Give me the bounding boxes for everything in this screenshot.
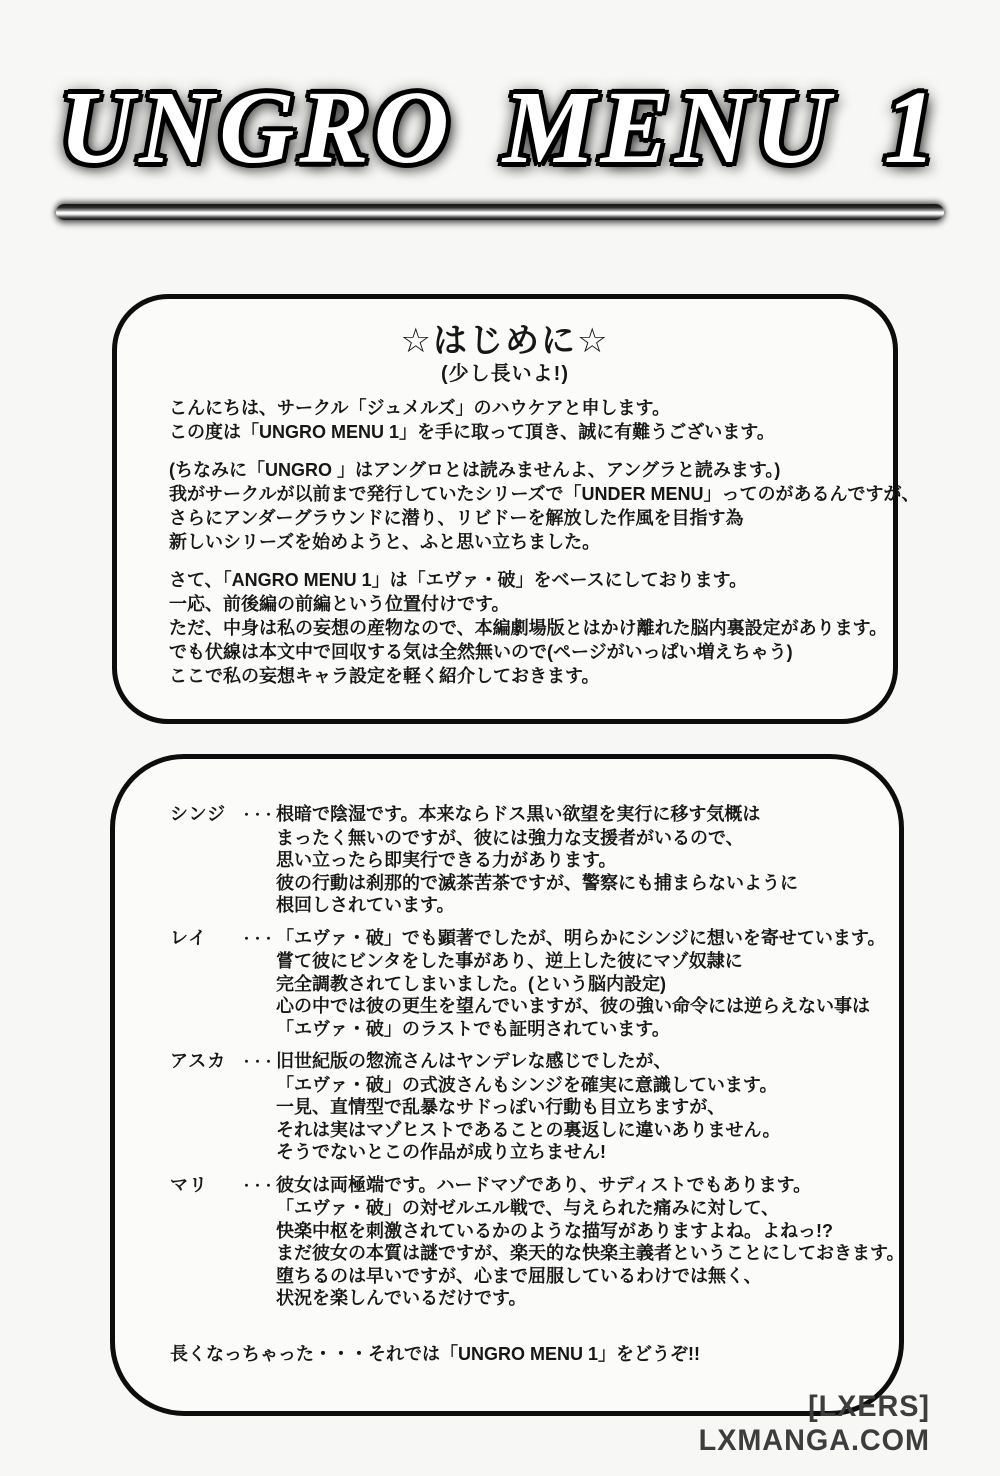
- text-line: 完全調教されてしまいました。(という脳内設定): [240, 973, 885, 996]
- text-line: こんにちは、サークル「ジュメルズ」のハウケアと申します。: [169, 396, 867, 420]
- text-line: 彼の行動は刹那的で滅茶苦茶ですが、警察にも捕まらないように: [240, 872, 875, 895]
- text-line: 根回しされています。: [240, 894, 875, 917]
- intro-paragraphs: こんにちは、サークル「ジュメルズ」のハウケアと申します。この度は「UNGRO M…: [117, 396, 893, 688]
- ellipsis-dots: ・・・: [240, 804, 276, 827]
- text-line: ここで私の妄想キャラ設定を軽く紹介しておきます。: [169, 664, 867, 688]
- text-line: まだ彼女の本質は謎ですが、楽天的な快楽主義者ということにしておきます。: [240, 1242, 905, 1265]
- text-line: 我がサークルが以前まで発行していたシリーズで「UNDER MENU」ってのがある…: [169, 482, 867, 506]
- text-line: ・・・「エヴァ・破」でも顕著でしたが、明らかにシンジに想いを寄せています。: [240, 927, 885, 951]
- character-name: レイ: [170, 927, 240, 1041]
- text-line: 「エヴァ・破」の対ゼルエル戦で、与えられた痛みに対して、: [240, 1197, 905, 1220]
- character-description: ・・・根暗で陰湿です。本来ならドス黒い欲望を実行に移す気概はまったく無いのですが…: [240, 803, 875, 917]
- text-line: ・・・彼女は両極端です。ハードマゾであり、サディストでもあります。: [240, 1174, 905, 1198]
- text-line: 「エヴァ・破」のラストでも証明されています。: [240, 1018, 885, 1041]
- intro-paragraph: こんにちは、サークル「ジュメルズ」のハウケアと申します。この度は「UNGRO M…: [169, 396, 867, 444]
- character-description: ・・・「エヴァ・破」でも顕著でしたが、明らかにシンジに想いを寄せています。嘗て彼…: [240, 927, 885, 1041]
- text-line: 思い立ったら即実行できる力があります。: [240, 849, 875, 872]
- title-block: UNGRO MENU 1: [0, 58, 1000, 220]
- character-name: シンジ: [170, 803, 240, 917]
- ellipsis-dots: ・・・: [240, 1051, 276, 1074]
- text-line: 堕ちるのは早いですが、心まで屈服しているわけでは無く、: [240, 1265, 905, 1288]
- page-title: UNGRO MENU 1: [0, 58, 1000, 198]
- text-line: ・・・根暗で陰湿です。本来ならドス黒い欲望を実行に移す気概は: [240, 803, 875, 827]
- intro-subheading: (少し長いよ!): [117, 362, 893, 386]
- text-line: 「エヴァ・破」の式波さんもシンジを確実に意識しています。: [240, 1074, 875, 1097]
- text-line: 嘗て彼にビンタをした事があり、逆上した彼にマゾ奴隷に: [240, 950, 885, 973]
- character-entry: アスカ・・・旧世紀版の惣流さんはヤンデレな感じでしたが、「エヴァ・破」の式波さん…: [170, 1050, 875, 1164]
- text-line: 快楽中枢を刺激されているかのような描写がありますよね。よねっ!?: [240, 1220, 905, 1243]
- character-description: ・・・彼女は両極端です。ハードマゾであり、サディストでもあります。「エヴァ・破」…: [240, 1174, 905, 1310]
- character-name: マリ: [170, 1174, 240, 1310]
- watermark: [LXERS] LXMANGA.COM: [699, 1390, 930, 1458]
- ellipsis-dots: ・・・: [240, 928, 276, 951]
- text-line: そうでないとこの作品が成り立ちません!: [240, 1141, 875, 1164]
- character-entry: シンジ・・・根暗で陰湿です。本来ならドス黒い欲望を実行に移す気概はまったく無いの…: [170, 803, 875, 917]
- text-line: この度は「UNGRO MENU 1」を手に取って頂き、誠に有難うございます。: [169, 420, 867, 444]
- text-line: ・・・旧世紀版の惣流さんはヤンデレな感じでしたが、: [240, 1050, 875, 1074]
- title-underline-bar: [56, 204, 944, 220]
- text-line: (ちなみに「UNGRO 」はアングロとは読みませんよ、アングラと読みます。): [169, 458, 867, 482]
- ellipsis-dots: ・・・: [240, 1175, 276, 1198]
- watermark-line-2: LXMANGA.COM: [699, 1424, 930, 1458]
- text-line: 心の中では彼の更生を望んでいますが、彼の強い命令には逆らえない事は: [240, 995, 885, 1018]
- text-line: 状況を楽しんでいるだけです。: [240, 1287, 905, 1310]
- intro-box: ☆はじめに☆ (少し長いよ!) こんにちは、サークル「ジュメルズ」のハウケアと申…: [112, 294, 898, 724]
- intro-paragraph: さて、「ANGRO MENU 1」は「エヴァ・破」をベースにしております。一応、…: [169, 568, 867, 688]
- intro-heading: ☆はじめに☆: [117, 323, 893, 359]
- text-line: でも伏線は本文中で回収する気は全然無いので(ページがいっぱい増えちゃう): [169, 640, 867, 664]
- text-line: 一応、前後編の前編という位置付けです。: [169, 592, 867, 616]
- closing-line: 長くなっちゃった・・・それでは「UNGRO MENU 1」をどうぞ!!: [115, 1340, 899, 1366]
- text-line: さて、「ANGRO MENU 1」は「エヴァ・破」をベースにしております。: [169, 568, 867, 592]
- text-line: まったく無いのですが、彼には強力な支援者がいるので、: [240, 827, 875, 850]
- text-line: ただ、中身は私の妄想の産物なので、本編劇場版とはかけ離れた脳内裏設定があります。: [169, 616, 867, 640]
- character-name: アスカ: [170, 1050, 240, 1164]
- text-line: 一見、直情型で乱暴なサドっぽい行動も目立ちますが、: [240, 1096, 875, 1119]
- character-box: シンジ・・・根暗で陰湿です。本来ならドス黒い欲望を実行に移す気概はまったく無いの…: [110, 754, 904, 1416]
- text-line: それは実はマゾヒストであることの裏返しに違いありません。: [240, 1119, 875, 1142]
- text-line: 新しいシリーズを始めようと、ふと思い立ちました。: [169, 530, 867, 554]
- watermark-line-1: [LXERS]: [699, 1390, 930, 1424]
- character-entry: マリ・・・彼女は両極端です。ハードマゾであり、サディストでもあります。「エヴァ・…: [170, 1174, 875, 1310]
- character-description: ・・・旧世紀版の惣流さんはヤンデレな感じでしたが、「エヴァ・破」の式波さんもシン…: [240, 1050, 875, 1164]
- character-entries: シンジ・・・根暗で陰湿です。本来ならドス黒い欲望を実行に移す気概はまったく無いの…: [115, 759, 899, 1310]
- character-entry: レイ・・・「エヴァ・破」でも顕著でしたが、明らかにシンジに想いを寄せています。嘗…: [170, 927, 875, 1041]
- text-line: さらにアンダーグラウンドに潜り、リビドーを解放した作風を目指す為: [169, 506, 867, 530]
- intro-paragraph: (ちなみに「UNGRO 」はアングロとは読みませんよ、アングラと読みます。)我が…: [169, 458, 867, 554]
